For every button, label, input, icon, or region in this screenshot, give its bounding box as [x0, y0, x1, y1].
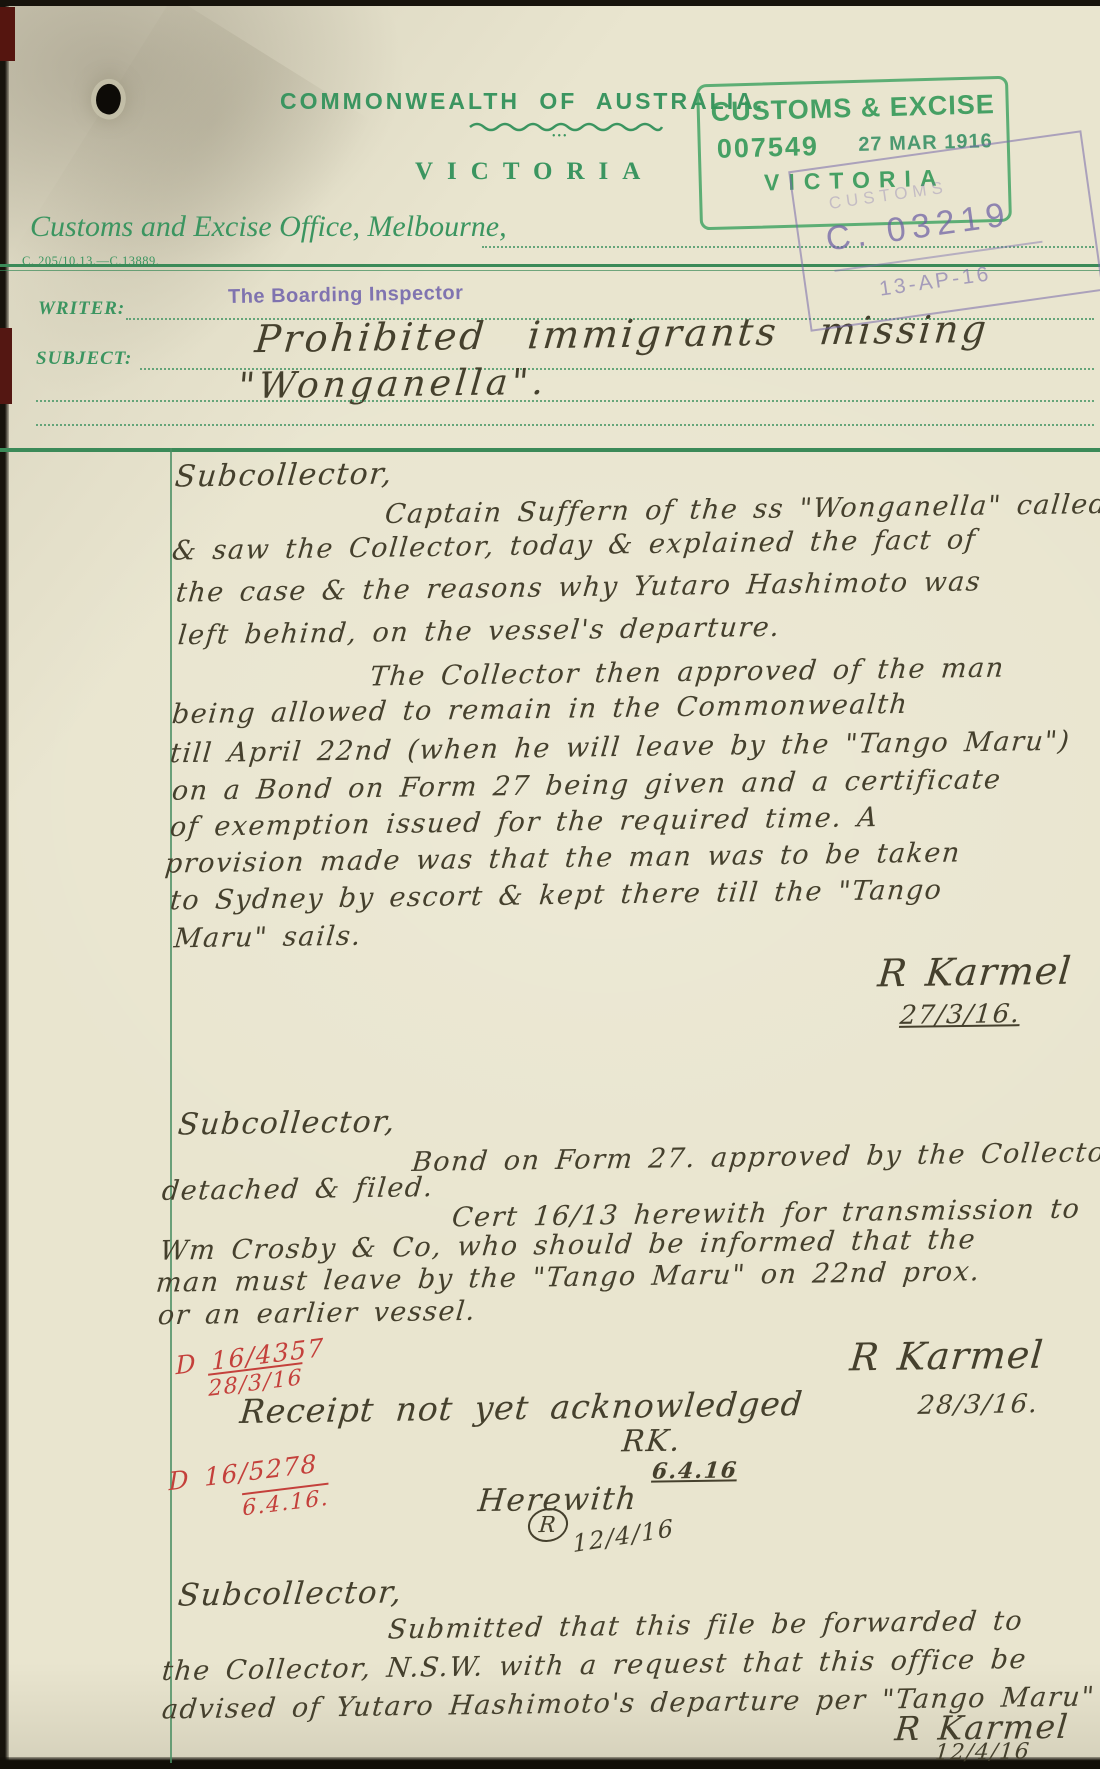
wavy-underline-dots: •••: [552, 131, 569, 142]
subject-label: SUBJECT:: [36, 348, 132, 370]
receipt-initials: RK.: [620, 1424, 682, 1460]
signature-date: 12/4/16: [934, 1739, 1032, 1765]
handwriting-line: being allowed to remain in the Commonwea…: [171, 689, 910, 730]
handwriting-line: the case & the reasons why Yutaro Hashim…: [175, 566, 983, 608]
writer-label: WRITER:: [38, 298, 125, 320]
signature: R Karmel: [848, 1333, 1046, 1380]
binding-mark-top: [0, 7, 15, 61]
scan-edge-top: [0, 0, 1100, 6]
handwriting-line: till April 22nd (when he will leave by t…: [169, 726, 1072, 770]
subject-rule-3: [36, 424, 1094, 426]
minute-salutation: Subcollector,: [176, 1574, 404, 1613]
receipt-date: 6.4.16: [651, 1457, 739, 1484]
handwriting-line: the Collector, N.S.W. with a request tha…: [161, 1644, 1029, 1687]
receipt-note: Receipt not yet acknowledged: [238, 1384, 805, 1431]
minute-salutation: Subcollector,: [176, 1104, 397, 1142]
handwriting-line: left behind, on the vessel's departure.: [177, 612, 782, 651]
herewith-date: 12/4/16: [572, 1514, 675, 1558]
handwriting-line: detached & filed.: [161, 1172, 436, 1207]
handwriting-line: Submitted that this file be forwarded to: [387, 1606, 1025, 1646]
state-title: VICTORIA: [415, 158, 654, 186]
handwriting-line: & saw the Collector, today & explained t…: [171, 524, 978, 566]
body-top-rule: [0, 448, 1100, 452]
binding-mark-mid: [0, 328, 12, 404]
handwriting-line: Bond on Form 27. approved by the Collect…: [411, 1137, 1100, 1178]
handwriting-line: on a Bond on Form 27 being given and a c…: [171, 764, 1003, 807]
paper-smudge: [0, 0, 385, 494]
handwriting-line: Maru" sails.: [173, 921, 364, 955]
scanned-document-page: COMMONWEALTH OF AUSTRALIA. ••• VICTORIA …: [0, 0, 1100, 1769]
registry-stamp-date: 13-AP-16: [878, 262, 993, 301]
handwriting-line: or an earlier vessel.: [157, 1296, 478, 1331]
handwriting-line: to Sydney by escort & kept there till th…: [169, 875, 944, 917]
received-stamp-number: 007549: [716, 131, 819, 165]
handwriting-line: The Collector then approved of the man: [369, 653, 1006, 693]
margin-rule: [170, 448, 172, 1763]
office-line: Customs and Excise Office, Melbourne,: [30, 210, 507, 244]
signature-date: 28/3/16.: [917, 1389, 1040, 1421]
boarding-inspector-stamp: The Boarding Inspector: [228, 282, 464, 309]
minute-salutation: Subcollector,: [173, 456, 394, 494]
handwriting-line: provision made was that the man was to b…: [164, 837, 963, 879]
handwriting-line: of exemption issued for the required tim…: [169, 802, 880, 843]
signature: R Karmel: [876, 949, 1074, 996]
handwriting-line: Captain Suffern of the ss "Wonganella" c…: [384, 489, 1100, 530]
signature-date: 27/3/16.: [899, 999, 1022, 1031]
subject-rule-2: [36, 400, 1094, 402]
red-ref-date: 6.4.16.: [242, 1483, 329, 1522]
page-title: COMMONWEALTH OF AUSTRALIA.: [280, 88, 765, 115]
